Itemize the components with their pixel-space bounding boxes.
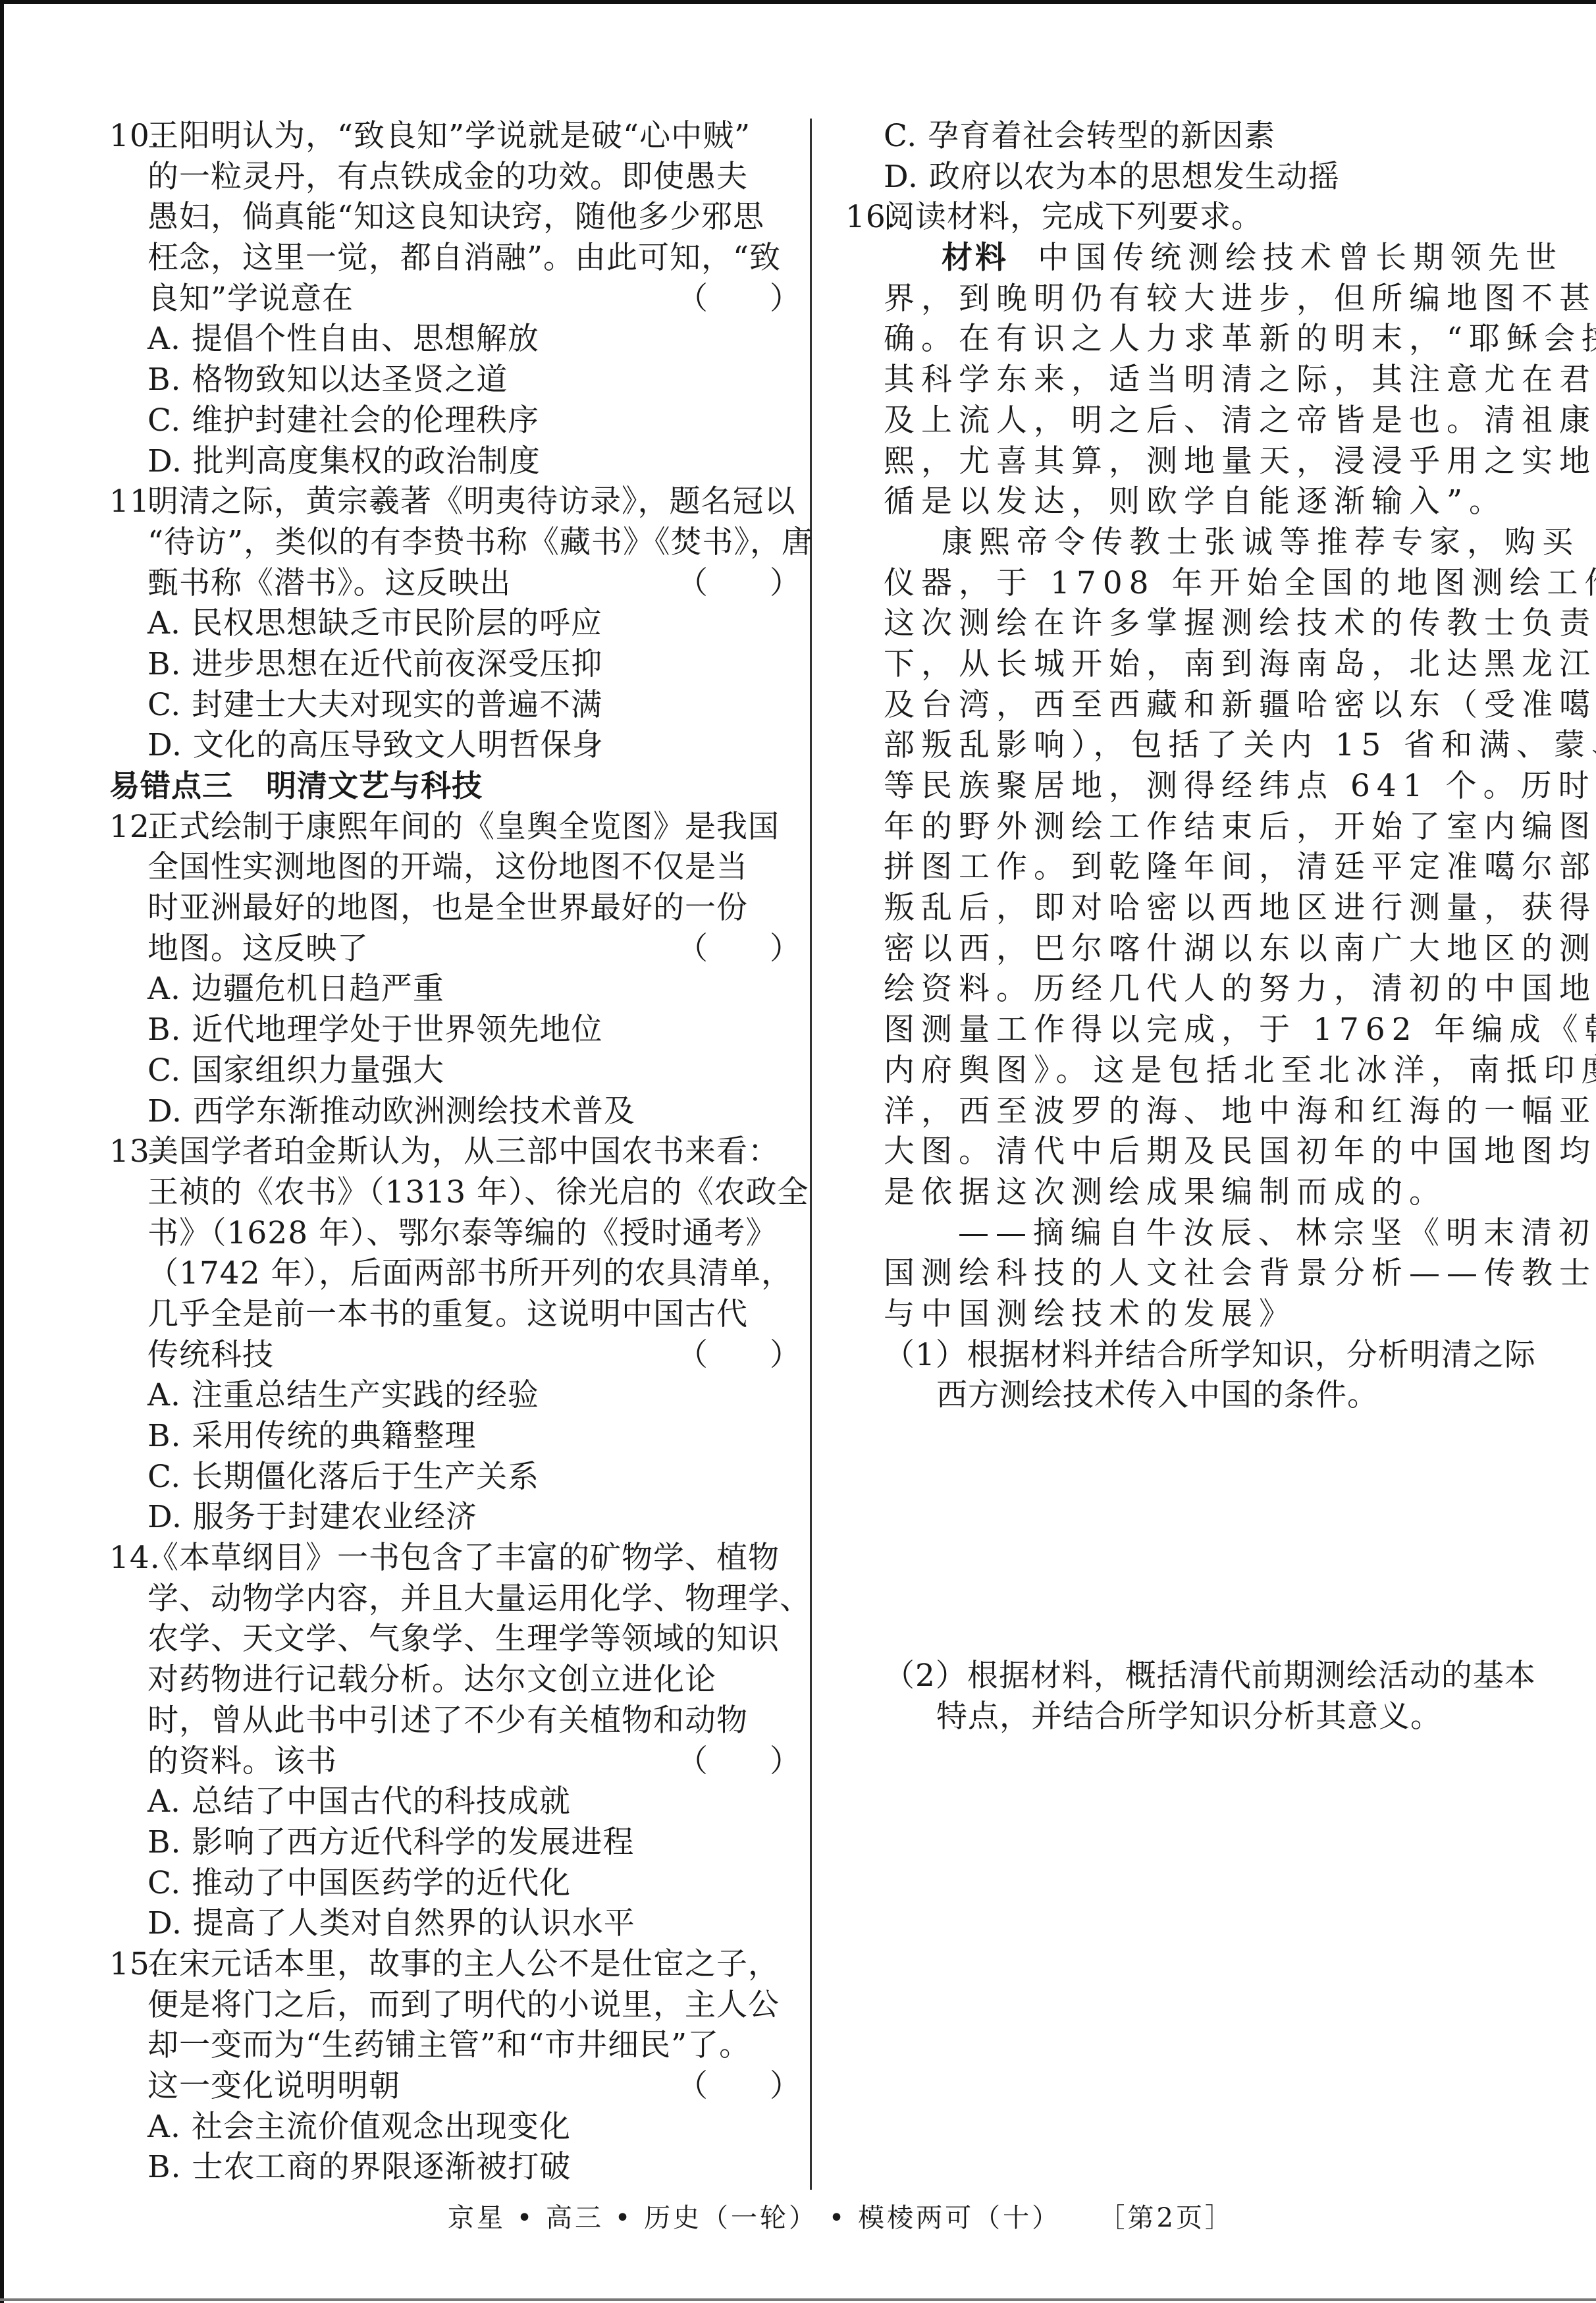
question-text: 甄书称《潜书》。这反映出 bbox=[147, 565, 512, 601]
page-footer: 京星 • 高三 • 历史（一轮） • 模棱两可（十） ［第2页］ bbox=[448, 2200, 1205, 2236]
material-text: 洋，西至波罗的海、地中海和红海的一幅亚洲 bbox=[823, 1091, 1554, 1132]
material-text: 大图。清代中后期及民国初年的中国地图均 bbox=[823, 1131, 1554, 1172]
source-citation: 与中国测绘技术的发展》 bbox=[823, 1294, 1554, 1335]
material-text: 是依据这次测绘成果编制而成的。 bbox=[823, 1172, 1554, 1213]
question-number: 14. bbox=[109, 1538, 147, 1579]
footer-subject: 历史（一轮） bbox=[644, 2203, 818, 2233]
sub-question-text: 西方测绘技术传入中国的条件。 bbox=[823, 1375, 1554, 1416]
footer-separator: • bbox=[615, 2203, 633, 2233]
answer-blank[interactable]: （ ） bbox=[677, 563, 801, 604]
section-label: 易错点三 bbox=[109, 768, 233, 803]
question-text: 几乎全是前一本书的重复。这说明中国古代 bbox=[109, 1294, 801, 1335]
material-text: 熙，尤喜其算，测地量天，浸浸乎用之实地矣。 bbox=[823, 441, 1554, 482]
material-text: 中国传统测绘技术曾长期领先世 bbox=[1038, 240, 1563, 276]
question-text: 王祯的《农书》（1313 年）、徐光启的《农政全 bbox=[109, 1172, 801, 1213]
material-text: 其科学东来，适当明清之际，其注意尤在君主 bbox=[823, 360, 1554, 400]
option-c: C. 孕育着社会转型的新因素 bbox=[823, 116, 1554, 157]
option-b: B. 格物致知以达圣贤之道 bbox=[109, 360, 801, 400]
option-a: A. 边疆危机日趋严重 bbox=[109, 969, 801, 1010]
source-citation: ——摘编自牛汝辰、林宗坚《明末清初我 bbox=[823, 1213, 1554, 1254]
question-number: 10. bbox=[109, 116, 147, 157]
answer-blank[interactable]: （ ） bbox=[677, 929, 801, 969]
scan-border-top bbox=[0, 0, 1596, 4]
section-heading: 易错点三明清文艺与科技 bbox=[109, 766, 801, 807]
material-block: 材料中国传统测绘技术曾长期领先世 界，到晚明仍有较大进步，但所编地图不甚精 确。… bbox=[823, 238, 1554, 1335]
question-text: 对药物进行记载分析。达尔文创立进化论 bbox=[109, 1660, 801, 1700]
question-number: 11. bbox=[109, 481, 147, 522]
material-text: 内府舆图》。这是包括北至北冰洋，南抵印度 bbox=[823, 1050, 1554, 1091]
question-text: 正式绘制于康熙年间的《皇舆全览图》是我国 bbox=[147, 809, 780, 845]
sub-question-1: （1）根据材料并结合所学知识，分析明清之际 西方测绘技术传入中国的条件。 bbox=[823, 1335, 1554, 1416]
question-text: 的一粒灵丹，有点铁成金的功效。即使愚夫 bbox=[109, 157, 801, 198]
option-c: C. 封建士大夫对现实的普遍不满 bbox=[109, 685, 801, 726]
question-text: 的资料。该书 bbox=[147, 1743, 337, 1779]
option-b: B. 士农工商的界限逐渐被打破 bbox=[109, 2147, 801, 2188]
answer-blank[interactable]: （ ） bbox=[677, 1335, 801, 1376]
question-text: 良知”学说意在 bbox=[147, 281, 354, 317]
material-text: 拼图工作。到乾隆年间，清廷平定准噶尔部 bbox=[823, 847, 1554, 888]
scan-border-left bbox=[0, 0, 4, 2303]
material-text: 康熙帝令传教士张诚等推荐专家，购买 bbox=[823, 522, 1554, 563]
question-prompt: 阅读材料，完成下列要求。 bbox=[884, 199, 1263, 235]
question-number: 13. bbox=[109, 1131, 147, 1172]
question-text: 枉念，这里一觉，都自消融”。由此可知，“致 bbox=[109, 238, 801, 279]
sub-question-text: （1）根据材料并结合所学知识，分析明清之际 bbox=[823, 1335, 1554, 1376]
question-text: 明清之际，黄宗羲著《明夷待访录》，题名冠以 bbox=[147, 483, 796, 520]
material-text: 密以西，巴尔喀什湖以东以南广大地区的测 bbox=[823, 929, 1554, 969]
question-12: 12.正式绘制于康熙年间的《皇舆全览图》是我国 全国性实测地图的开端，这份地图不… bbox=[109, 807, 801, 1132]
question-text: 王阳明认为，“致良知”学说就是破“心中贼” bbox=[147, 118, 751, 154]
option-b: B. 影响了西方近代科学的发展进程 bbox=[109, 1822, 801, 1863]
answer-blank[interactable]: （ ） bbox=[677, 2066, 801, 2107]
answer-blank[interactable]: （ ） bbox=[677, 1741, 801, 1782]
answer-space-2[interactable] bbox=[823, 1737, 1554, 2132]
answer-space-1[interactable] bbox=[823, 1416, 1554, 1656]
material-text: 下，从长城开始，南到海南岛，北达黑龙江，东 bbox=[823, 644, 1554, 685]
option-a: A. 总结了中国古代的科技成就 bbox=[109, 1781, 801, 1822]
option-d: D. 西学东渐推动欧洲测绘技术普及 bbox=[109, 1091, 801, 1132]
scan-border-bottom bbox=[0, 2298, 1596, 2301]
section-title: 明清文艺与科技 bbox=[266, 768, 483, 803]
question-text: 便是将门之后，而到了明代的小说里，主人公 bbox=[109, 1985, 801, 2026]
option-a: A. 社会主流价值观念出现变化 bbox=[109, 2107, 801, 2148]
option-d: D. 政府以农为本的思想发生动摇 bbox=[823, 157, 1554, 198]
sub-question-text: （2）根据材料，概括清代前期测绘活动的基本 bbox=[823, 1656, 1554, 1696]
question-number: 15. bbox=[109, 1944, 147, 1985]
question-text: 在宋元话本里，故事的主人公不是仕宦之子， bbox=[147, 1946, 780, 1982]
material-text: 叛乱后，即对哈密以西地区进行测量，获得哈 bbox=[823, 888, 1554, 929]
material-text: 及上流人，明之后、清之帝皆是也。清祖康 bbox=[823, 400, 1554, 441]
material-label: 材料 bbox=[942, 240, 1009, 276]
question-16: 16.阅读材料，完成下列要求。 材料中国传统测绘技术曾长期领先世 界，到晚明仍有… bbox=[823, 197, 1554, 2132]
question-number: 16. bbox=[845, 197, 884, 238]
question-text: 时亚洲最好的地图，也是全世界最好的一份 bbox=[109, 888, 801, 929]
question-text: 《本草纲目》一书包含了丰富的矿物学、植物 bbox=[147, 1540, 780, 1576]
question-text: 全国性实测地图的开端，这份地图不仅是当 bbox=[109, 847, 801, 888]
option-c: C. 维护封建社会的伦理秩序 bbox=[109, 400, 801, 441]
question-text: 学、动物学内容，并且大量运用化学、物理学、 bbox=[109, 1579, 801, 1619]
option-b: B. 采用传统的典籍整理 bbox=[109, 1416, 801, 1457]
material-text: 部叛乱影响），包括了关内 15 省和满、蒙、藏 bbox=[823, 725, 1554, 766]
material-text: 等民族聚居地，测得经纬点 641 个。历时 10 bbox=[823, 766, 1554, 807]
footer-volume: 模棱两可（十） bbox=[858, 2203, 1061, 2233]
option-c: C. 国家组织力量强大 bbox=[109, 1050, 801, 1091]
question-14: 14.《本草纲目》一书包含了丰富的矿物学、植物 学、动物学内容，并且大量运用化学… bbox=[109, 1538, 801, 1944]
answer-blank[interactable]: （ ） bbox=[677, 279, 801, 319]
option-d: D. 文化的高压导致文人明哲保身 bbox=[109, 725, 801, 766]
material-text: 确。在有识之人力求革新的明末，“耶稣会挟 bbox=[823, 319, 1554, 360]
footer-separator: • bbox=[517, 2203, 535, 2233]
question-text: 传统科技 bbox=[147, 1337, 274, 1373]
material-text: 仪器，于 1708 年开始全国的地图测绘工作。 bbox=[823, 563, 1554, 604]
material-text: 年的野外测绘工作结束后，开始了室内编图、 bbox=[823, 807, 1554, 848]
question-text: 时，曾从此书中引述了不少有关植物和动物 bbox=[109, 1700, 801, 1741]
sub-question-2: （2）根据材料，概括清代前期测绘活动的基本 特点，并结合所学知识分析其意义。 bbox=[823, 1656, 1554, 1737]
option-a: A. 注重总结生产实践的经验 bbox=[109, 1375, 801, 1416]
question-text: “待访”，类似的有李贽书称《藏书》《焚书》，唐 bbox=[109, 522, 801, 563]
material-text: 及台湾，西至西藏和新疆哈密以东（受准噶尔 bbox=[823, 685, 1554, 726]
option-b: B. 进步思想在近代前夜深受压抑 bbox=[109, 644, 801, 685]
left-column: 10.王阳明认为，“致良知”学说就是破“心中贼” 的一粒灵丹，有点铁成金的功效。… bbox=[109, 116, 801, 2188]
question-text: 地图。这反映了 bbox=[147, 931, 369, 967]
question-13: 13.美国学者珀金斯认为，从三部中国农书来看： 王祯的《农书》（1313 年）、… bbox=[109, 1131, 801, 1538]
material-text: 界，到晚明仍有较大进步，但所编地图不甚精 bbox=[823, 279, 1554, 319]
option-d: D. 提高了人类对自然界的认识水平 bbox=[109, 1903, 801, 1944]
page-number: ［第2页］ bbox=[1099, 2203, 1234, 2233]
question-text: （1742 年），后面两部书所开列的农具清单， bbox=[109, 1253, 801, 1294]
option-b: B. 近代地理学处于世界领先地位 bbox=[109, 1010, 801, 1050]
material-text: 图测量工作得以完成，于 1762 年编成《乾隆 bbox=[823, 1010, 1554, 1050]
question-text: 美国学者珀金斯认为，从三部中国农书来看： bbox=[147, 1133, 780, 1170]
material-text: 这次测绘在许多掌握测绘技术的传教士负责 bbox=[823, 603, 1554, 644]
question-10: 10.王阳明认为，“致良知”学说就是破“心中贼” 的一粒灵丹，有点铁成金的功效。… bbox=[109, 116, 801, 481]
question-text: 书》（1628 年）、鄂尔泰等编的《授时通考》 bbox=[109, 1213, 801, 1254]
material-text: 绘资料。历经几代人的努力，清初的中国地 bbox=[823, 969, 1554, 1010]
question-text: 愚妇，倘真能“知这良知诀窍，随他多少邪思 bbox=[109, 197, 801, 238]
option-a: A. 民权思想缺乏市民阶层的呼应 bbox=[109, 603, 801, 644]
question-11: 11.明清之际，黄宗羲著《明夷待访录》，题名冠以 “待访”，类似的有李贽书称《藏… bbox=[109, 481, 801, 766]
option-d: D. 批判高度集权的政治制度 bbox=[109, 441, 801, 482]
option-a: A. 提倡个性自由、思想解放 bbox=[109, 319, 801, 360]
option-c: C. 推动了中国医药学的近代化 bbox=[109, 1863, 801, 1904]
option-d: D. 服务于封建农业经济 bbox=[109, 1497, 801, 1538]
material-text: 循是以发达，则欧学自能逐渐输入”。 bbox=[823, 481, 1554, 522]
question-text: 却一变而为“生药铺主管”和“市井细民”了。 bbox=[109, 2025, 801, 2066]
question-text: 农学、天文学、气象学、生理学等领域的知识 bbox=[109, 1619, 801, 1660]
source-citation: 国测绘科技的人文社会背景分析——传教士 bbox=[823, 1253, 1554, 1294]
right-column: C. 孕育着社会转型的新因素 D. 政府以农为本的思想发生动摇 16.阅读材料，… bbox=[823, 116, 1554, 2132]
column-divider bbox=[810, 119, 812, 2190]
question-number: 12. bbox=[109, 807, 147, 848]
question-15: 15.在宋元话本里，故事的主人公不是仕宦之子， 便是将门之后，而到了明代的小说里… bbox=[109, 1944, 801, 2188]
footer-series: 京星 bbox=[448, 2203, 506, 2233]
option-c: C. 长期僵化落后于生产关系 bbox=[109, 1457, 801, 1498]
footer-separator: • bbox=[829, 2203, 847, 2233]
question-text: 这一变化说明明朝 bbox=[147, 2068, 400, 2104]
footer-grade: 高三 bbox=[546, 2203, 604, 2233]
sub-question-text: 特点，并结合所学知识分析其意义。 bbox=[823, 1696, 1554, 1737]
